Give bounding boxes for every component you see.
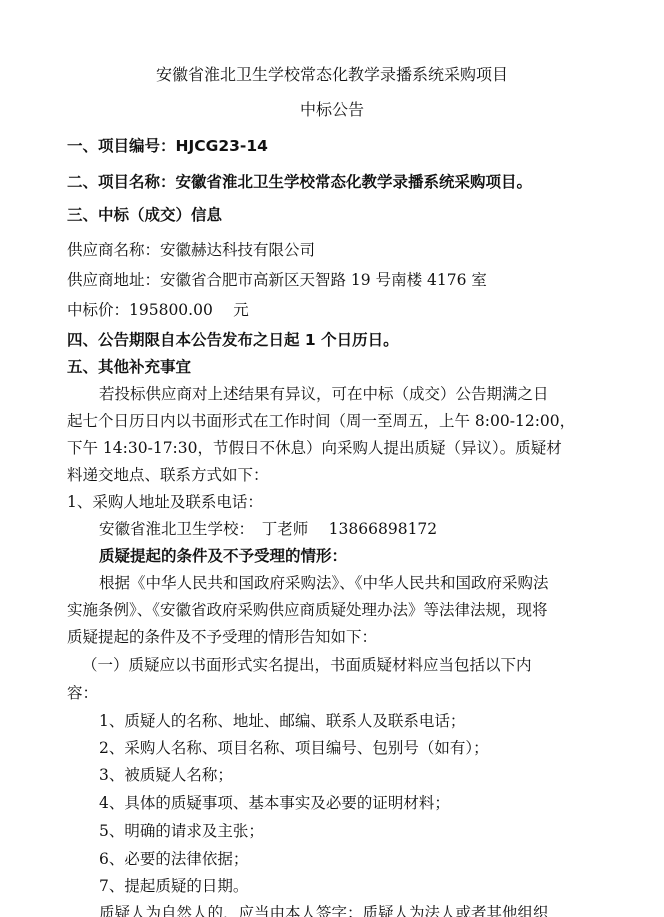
paragraph-legal-basis-line-1: 根据《中华人民共和国政府采购法》、《中华人民共和国政府采购法 <box>99 573 549 593</box>
paragraph-objection-line-3: 下午 14:30-17:30，节假日不休息）向采购人提出质疑（异议）。质疑材 <box>67 438 562 458</box>
paragraph-signature-requirement: 质疑人为自然人的，应当由本人签字；质疑人为法人或者其他组织 <box>99 903 549 917</box>
list-item: 3、被质疑人名称； <box>99 765 233 785</box>
purchaser-contact-heading: 1、采购人地址及联系电话： <box>67 492 263 512</box>
section-announcement-period: 四、公告期限自本公告发布之日起 1 个日历日。 <box>67 330 399 350</box>
list-item: 5、明确的请求及主张； <box>99 821 264 841</box>
section-project-name: 二、项目名称：安徽省淮北卫生学校常态化教学录播系统采购项目。 <box>67 172 532 192</box>
paragraph-written-objection-line-1: （一）质疑应以书面形式实名提出，书面质疑材料应当包括以下内 <box>82 655 532 675</box>
section-award-info: 三、中标（成交）信息 <box>67 205 222 225</box>
list-item: 1、质疑人的名称、地址、邮编、联系人及联系电话； <box>99 711 465 731</box>
conditions-heading: 质疑提起的条件及不予受理的情形： <box>99 546 347 566</box>
purchaser-contact: 安徽省淮北卫生学校： 丁老师 13866898172 <box>99 519 437 539</box>
list-item: 2、采购人名称、项目名称、项目编号、包别号（如有）； <box>99 738 489 758</box>
paragraph-legal-basis-line-3: 质疑提起的条件及不予受理的情形告知如下： <box>67 627 377 647</box>
bid-price: 中标价：195800.00 元 <box>67 300 249 320</box>
paragraph-objection-line-4: 料递交地点、联系方式如下： <box>67 465 269 485</box>
paragraph-objection-line-1: 若投标供应商对上述结果有异议，可在中标（成交）公告期满之日 <box>99 384 549 404</box>
document-title: 安徽省淮北卫生学校常态化教学录播系统采购项目 <box>0 65 664 85</box>
paragraph-objection-line-2: 起七个日历日内以书面形式在工作时间（周一至周五，上午 8:00-12:00， <box>67 411 575 431</box>
paragraph-legal-basis-line-2: 实施条例》、《安徽省政府采购供应商质疑处理办法》等法律法规，现将 <box>67 600 548 620</box>
list-item: 6、必要的法律依据； <box>99 849 248 869</box>
section-other-matters: 五、其他补充事宜 <box>67 357 191 377</box>
document-page: 安徽省淮北卫生学校常态化教学录播系统采购项目 中标公告 一、项目编号：HJCG2… <box>0 0 664 917</box>
document-subtitle: 中标公告 <box>0 100 664 120</box>
list-item: 7、提起质疑的日期。 <box>99 876 248 896</box>
supplier-name: 供应商名称：安徽赫达科技有限公司 <box>67 240 315 260</box>
list-item: 4、具体的质疑事项、基本事实及必要的证明材料； <box>99 793 450 813</box>
paragraph-written-objection-line-2: 容： <box>67 683 98 703</box>
supplier-address: 供应商地址：安徽省合肥市高新区天智路 19 号南楼 4176 室 <box>67 270 487 290</box>
section-project-number: 一、项目编号：HJCG23-14 <box>67 136 268 156</box>
